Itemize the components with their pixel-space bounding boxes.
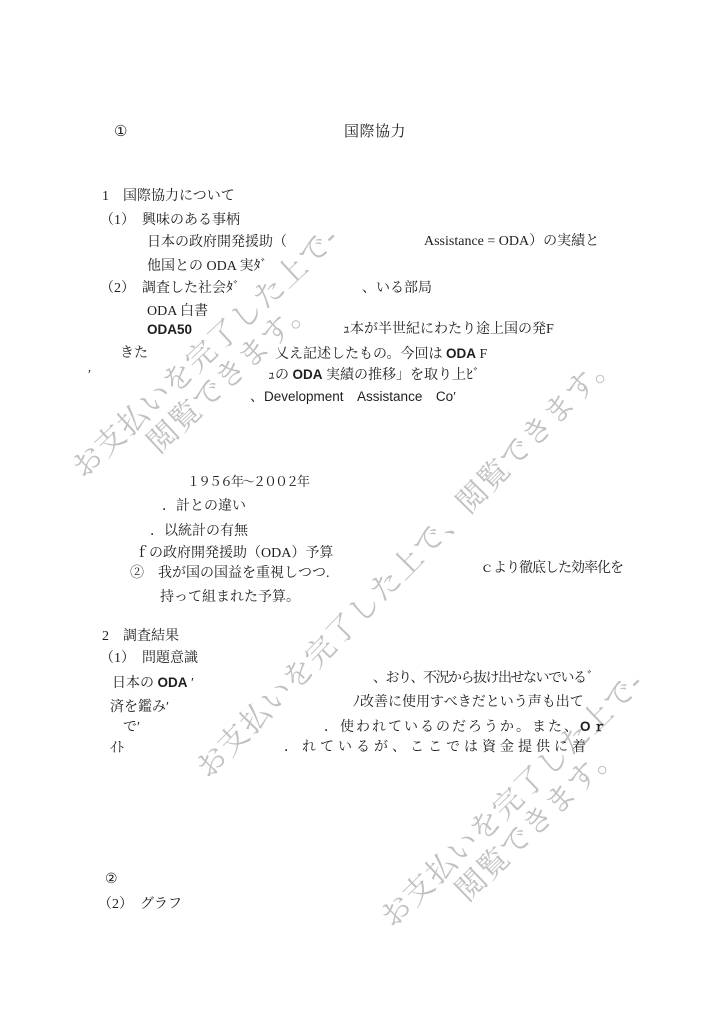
- body-line: ｭ本が半世紀にわたり途上国の発F: [343, 321, 554, 338]
- body-line: 、いる部局: [362, 280, 432, 297]
- text-segment: ODA: [158, 675, 188, 690]
- text-segment: ODA: [293, 367, 323, 382]
- page-title-text: 国際協力: [344, 124, 406, 140]
- page-title: 国際協力: [344, 124, 406, 141]
- body-line: 日本の政府開発援助（: [147, 234, 287, 251]
- text-segment: （1） 問題意識: [100, 651, 198, 666]
- text-segment: 済を鑑み′: [110, 700, 169, 715]
- body-line: 日本の ODA ′: [112, 674, 194, 692]
- body-line: Assistance = ODA）の実績と: [424, 233, 599, 250]
- text-segment: ODA: [446, 346, 476, 361]
- body-line: ′: [88, 367, 91, 384]
- text-segment: ｭ本が半世紀にわたり途上国の発F: [343, 322, 554, 337]
- text-segment: Development Assistance Co: [264, 389, 453, 404]
- body-line: 済を鑑み′: [110, 699, 169, 716]
- heading-2-2: （2） グラフ: [98, 896, 182, 913]
- text-segment: ｆの政府開発援助（ODA）予算: [135, 546, 333, 561]
- text-segment: ｭの: [268, 368, 293, 383]
- text-segment: Oｒ: [580, 719, 608, 734]
- text-segment: ′: [453, 390, 456, 405]
- body-line: ﾉ改善に使用すべきだという声も出て: [353, 694, 584, 711]
- text-segment: Assistance = ODA）の実績と: [424, 234, 599, 249]
- body-line: 持って組まれた予算。: [160, 589, 300, 606]
- text-segment: 持って組まれた予算。: [160, 590, 300, 605]
- page-marker-2: ②: [105, 871, 118, 888]
- text-segment: ODA50: [147, 322, 192, 337]
- text-segment: 実績の推移」を取り上ﾋﾞ: [323, 368, 481, 383]
- text-segment: F: [476, 347, 487, 362]
- heading-1-1: （1） 興味のある事柄: [100, 212, 240, 229]
- text-segment: ．使われているのだろうか。また、: [324, 720, 580, 735]
- body-line: で′: [123, 719, 140, 736]
- text-segment: ．計との違い: [162, 499, 246, 514]
- body-line: ｲﾄ: [110, 740, 124, 757]
- text-segment: （2） グラフ: [98, 897, 182, 912]
- text-segment: ′: [188, 676, 195, 691]
- body-line: 、おり、不況から抜け出せないでいるﾞ: [373, 670, 593, 687]
- page-marker-text: ①: [114, 124, 128, 140]
- text-segment: 、: [250, 390, 264, 405]
- body-line: ．れているが、ここでは資金提供に着: [284, 739, 590, 756]
- text-segment: 、おり、不況から抜け出せないでいるﾞ: [373, 671, 593, 686]
- body-line: ．使われているのだろうか。また、Oｒ: [324, 718, 608, 736]
- heading-2-1: （1） 問題意識: [100, 650, 198, 667]
- body-line: １９５６年～２００２年: [187, 473, 308, 490]
- text-segment: 日本の: [112, 676, 158, 691]
- body-line: 乂え記述したもの。今回は ODA F: [275, 345, 487, 363]
- text-segment: ｲﾄ: [110, 741, 124, 756]
- body-line: 他国との ODA 実ﾀﾞ: [147, 258, 268, 275]
- body-line: ｃより徹底した効率化を: [480, 560, 623, 577]
- text-segment: ODA 白書: [147, 304, 208, 319]
- text-segment: 、いる部局: [362, 281, 432, 296]
- text-segment: ② 我が国の国益を重視しつつ.: [130, 566, 330, 581]
- text-segment: 2 調査結果: [102, 629, 179, 644]
- text-segment: ．以統計の有無: [150, 524, 248, 539]
- text-segment: ｃより徹底した効率化を: [480, 561, 623, 576]
- heading-section-1: 1 国際協力について: [102, 188, 235, 205]
- text-segment: 日本の政府開発援助（: [147, 235, 287, 250]
- text-segment: （2） 調査した社会ﾀﾞ: [100, 281, 240, 296]
- text-segment: で′: [123, 720, 140, 735]
- text-segment: ②: [105, 872, 118, 887]
- body-line: ．以統計の有無: [150, 523, 248, 540]
- body-line: ODA 白書: [147, 303, 208, 320]
- body-line: 、Development Assistance Co′: [250, 388, 456, 406]
- body-line: ② 我が国の国益を重視しつつ.: [130, 565, 330, 582]
- heading-1-2: （2） 調査した社会ﾀﾞ: [100, 280, 240, 297]
- body-line: ODA50: [147, 321, 192, 339]
- document-page: お支払いを完了した上で-閲覧できます。お支払いを完了した上で、閲覧できます。お支…: [0, 0, 724, 1024]
- body-line: ｭの ODA 実績の推移」を取り上ﾋﾞ: [268, 366, 480, 384]
- text-segment: 1 国際協力について: [102, 189, 235, 204]
- body-line: ．計との違い: [162, 498, 246, 515]
- text-segment: 他国との ODA 実ﾀﾞ: [147, 259, 268, 274]
- text-segment: １９５６年～２００２年: [187, 474, 308, 489]
- text-segment: （1） 興味のある事柄: [100, 213, 240, 228]
- heading-section-2: 2 調査結果: [102, 628, 179, 645]
- text-segment: 乂え記述したもの。今回は: [275, 347, 446, 362]
- page-marker-1: ①: [114, 124, 128, 141]
- body-line: きた: [120, 345, 148, 362]
- text-segment: ．れているが、ここでは資金提供に着: [284, 740, 590, 755]
- body-line: ｆの政府開発援助（ODA）予算: [135, 545, 333, 562]
- text-segment: ′: [88, 368, 91, 383]
- text-segment: ﾉ改善に使用すべきだという声も出て: [353, 695, 584, 710]
- text-segment: きた: [120, 346, 148, 361]
